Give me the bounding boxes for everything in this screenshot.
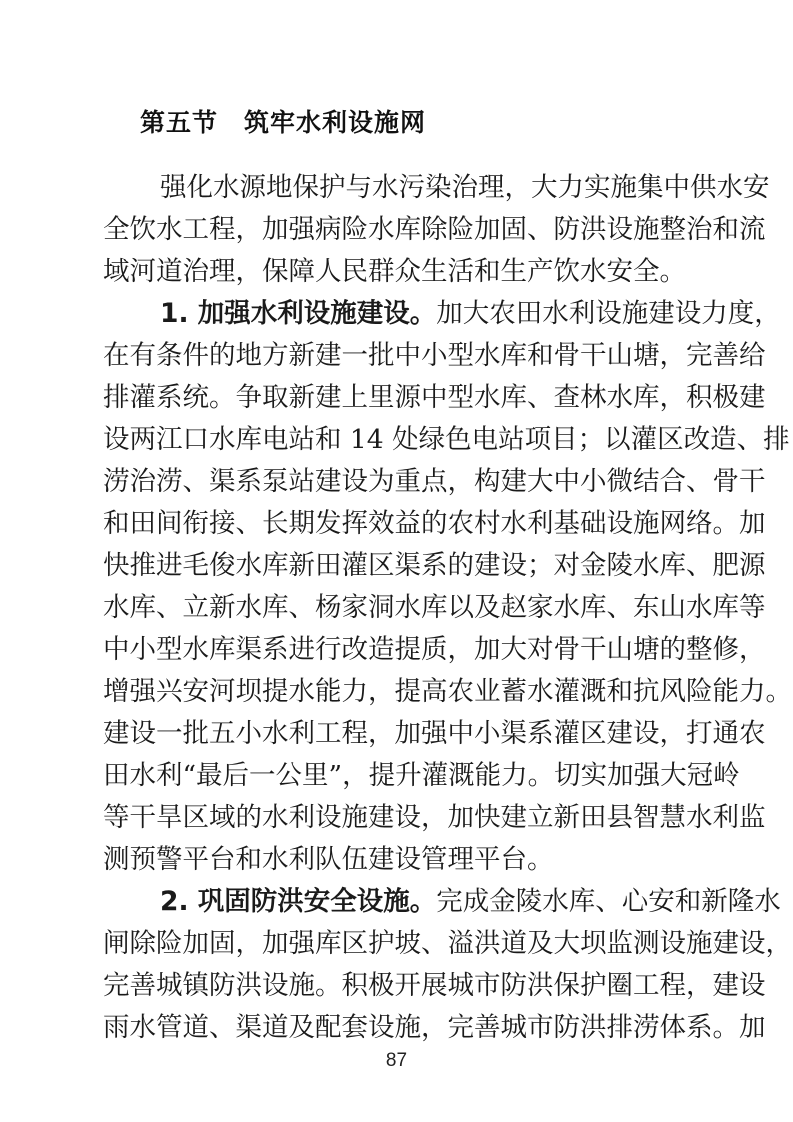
text-line: 等干旱区域的水利设施建设，加快建立新田县智慧水利监 [103, 797, 699, 839]
text-line: 2. 巩固防洪安全设施。完成金陵水库、心安和新隆水 [103, 881, 699, 923]
paragraph-lead-heading: 2. 巩固防洪安全设施。 [160, 886, 436, 917]
text-line: 水库、立新水库、杨家洞水库以及赵家水库、东山水库等 [103, 587, 699, 629]
text-line: 设两江口水库电站和 14 处绿色电站项目；以灌区改造、排 [103, 419, 699, 461]
text-line: 和田间衔接、长期发挥效益的农村水利基础设施网络。加 [103, 503, 699, 545]
text-line: 1. 加强水利设施建设。加大农田水利设施建设力度， [103, 293, 699, 335]
text-line: 增强兴安河坝提水能力，提高农业蓄水灌溉和抗风险能力。 [103, 671, 699, 713]
text-line: 强化水源地保护与水污染治理，大力实施集中供水安 [103, 167, 699, 209]
page-number: 87 [0, 1050, 793, 1072]
text-line: 域河道治理，保障人民群众生活和生产饮水安全。 [103, 251, 699, 293]
text-line: 排灌系统。争取新建上里源中型水库、查林水库，积极建 [103, 377, 699, 419]
text-line: 测预警平台和水利队伍建设管理平台。 [103, 839, 699, 881]
text-line: 田水利“最后一公里”，提升灌溉能力。切实加强大冠岭 [103, 755, 699, 797]
text-line: 涝治涝、渠系泵站建设为重点，构建大中小微结合、骨干 [103, 461, 699, 503]
text-line: 建设一批五小水利工程，加强中小渠系灌区建设，打通农 [103, 713, 699, 755]
paragraph-lead-heading: 1. 加强水利设施建设。 [160, 298, 436, 329]
text-run: 加大农田水利设施建设力度， [436, 298, 781, 329]
text-line: 闸除险加固，加强库区护坡、溢洪道及大坝监测设施建设， [103, 923, 699, 965]
text-run: 完成金陵水库、心安和新隆水 [436, 886, 781, 917]
text-line: 全饮水工程，加强病险水库除险加固、防洪设施整治和流 [103, 209, 699, 251]
text-line: 中小型水库渠系进行改造提质，加大对骨干山塘的整修， [103, 629, 699, 671]
text-line: 快推进毛俊水库新田灌区渠系的建设；对金陵水库、肥源 [103, 545, 699, 587]
text-line: 雨水管道、渠道及配套设施，完善城市防洪排涝体系。加 [103, 1007, 699, 1049]
section-heading: 第五节 筑牢水利设施网 [140, 103, 426, 139]
text-line: 完善城镇防洪设施。积极开展城市防洪保护圈工程，建设 [103, 965, 699, 1007]
text-line: 在有条件的地方新建一批中小型水库和骨干山塘，完善给 [103, 335, 699, 377]
